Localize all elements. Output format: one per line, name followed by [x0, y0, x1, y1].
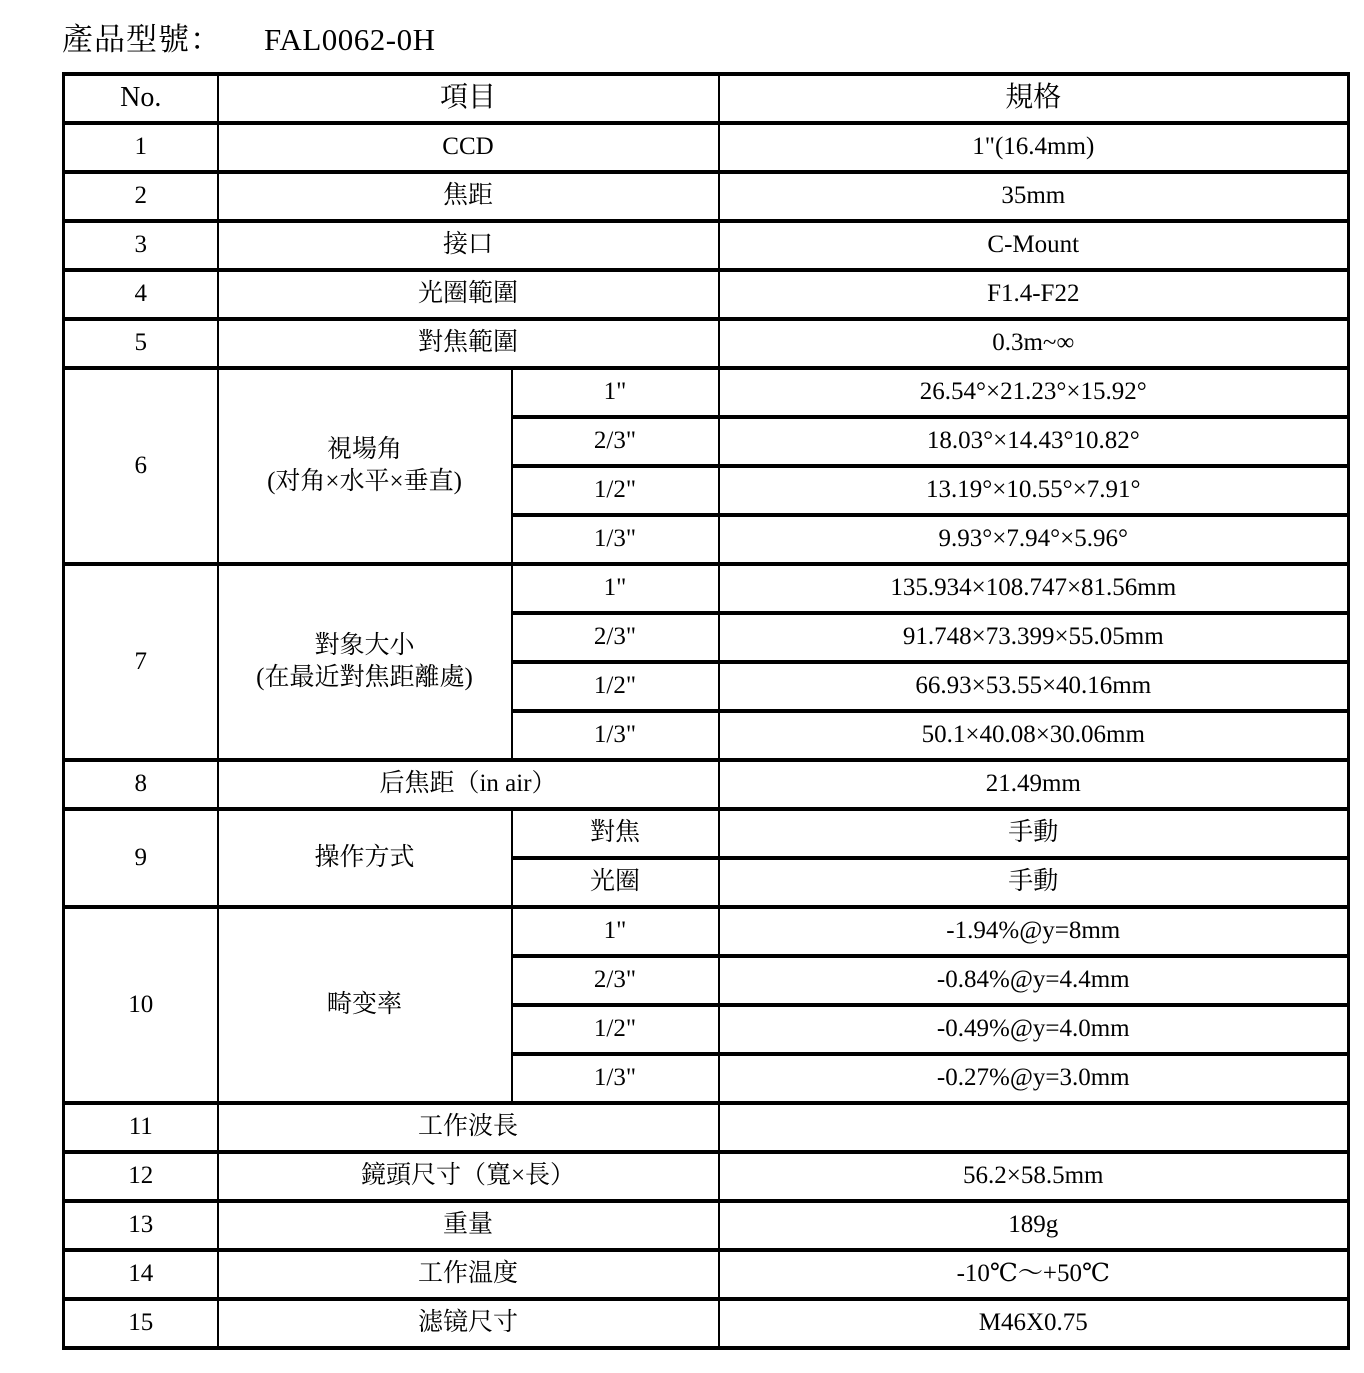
- table-row: 10畸变率1"-1.94%@y=8mm: [64, 907, 1349, 956]
- row-item: 操作方式: [218, 809, 512, 907]
- row-spec: 9.93°×7.94°×5.96°: [719, 515, 1349, 564]
- row-subitem: 1/3": [512, 711, 719, 760]
- table-row: 13重量189g: [64, 1201, 1349, 1250]
- row-subitem: 1": [512, 907, 719, 956]
- row-no: 8: [64, 760, 218, 809]
- row-spec: 1"(16.4mm): [719, 123, 1349, 172]
- table-row: 5對焦範圍0.3m~∞: [64, 319, 1349, 368]
- row-item: 滤镜尺寸: [218, 1299, 719, 1348]
- table-row: 1CCD1"(16.4mm): [64, 123, 1349, 172]
- row-subitem: 1/2": [512, 1005, 719, 1054]
- table-row: 15滤镜尺寸M46X0.75: [64, 1299, 1349, 1348]
- row-spec: 66.93×53.55×40.16mm: [719, 662, 1349, 711]
- row-spec: 21.49mm: [719, 760, 1349, 809]
- row-no: 14: [64, 1250, 218, 1299]
- table-row: 6視場角(对角×水平×垂直)1"26.54°×21.23°×15.92°: [64, 368, 1349, 417]
- table-row: 3接口C-Mount: [64, 221, 1349, 270]
- row-no: 6: [64, 368, 218, 564]
- row-spec: -10℃～+50℃: [719, 1250, 1349, 1299]
- row-subitem: 1": [512, 368, 719, 417]
- col-header-spec: 規格: [719, 74, 1349, 123]
- table-row: 8后焦距（in air）21.49mm: [64, 760, 1349, 809]
- row-item: 后焦距（in air）: [218, 760, 719, 809]
- row-no: 9: [64, 809, 218, 907]
- row-spec: -0.49%@y=4.0mm: [719, 1005, 1349, 1054]
- row-spec: 13.19°×10.55°×7.91°: [719, 466, 1349, 515]
- row-subitem: 光圈: [512, 858, 719, 907]
- row-item: 工作波長: [218, 1103, 719, 1152]
- row-item: 對焦範圍: [218, 319, 719, 368]
- row-no: 2: [64, 172, 218, 221]
- row-subitem: 2/3": [512, 417, 719, 466]
- spec-table-body: 1CCD1"(16.4mm)2焦距35mm3接口C-Mount4光圈範圍F1.4…: [64, 123, 1349, 1348]
- row-spec: 18.03°×14.43°10.82°: [719, 417, 1349, 466]
- row-subitem: 1": [512, 564, 719, 613]
- row-no: 3: [64, 221, 218, 270]
- col-header-item: 項目: [218, 74, 719, 123]
- row-spec: -1.94%@y=8mm: [719, 907, 1349, 956]
- row-no: 13: [64, 1201, 218, 1250]
- row-spec: 135.934×108.747×81.56mm: [719, 564, 1349, 613]
- row-no: 1: [64, 123, 218, 172]
- row-no: 12: [64, 1152, 218, 1201]
- row-spec: M46X0.75: [719, 1299, 1349, 1348]
- row-no: 10: [64, 907, 218, 1103]
- row-spec: -0.84%@y=4.4mm: [719, 956, 1349, 1005]
- header-row: No. 項目 規格: [64, 74, 1349, 123]
- table-row: 7對象大小(在最近對焦距離處)1"135.934×108.747×81.56mm: [64, 564, 1349, 613]
- product-model-label: 產品型號：: [62, 22, 222, 57]
- row-subitem: 2/3": [512, 956, 719, 1005]
- page: 產品型號：FAL0062-0H No. 項目 規格 1CCD1"(16.4mm)…: [0, 0, 1364, 1373]
- product-model-title: 產品型號：FAL0062-0H: [62, 14, 435, 59]
- row-no: 11: [64, 1103, 218, 1152]
- row-item: 重量: [218, 1201, 719, 1250]
- table-row: 9操作方式對焦手動: [64, 809, 1349, 858]
- row-item: 視場角(对角×水平×垂直): [218, 368, 512, 564]
- row-item: CCD: [218, 123, 719, 172]
- row-subitem: 1/2": [512, 466, 719, 515]
- row-subitem: 2/3": [512, 613, 719, 662]
- table-row: 11工作波長: [64, 1103, 1349, 1152]
- row-no: 15: [64, 1299, 218, 1348]
- row-no: 7: [64, 564, 218, 760]
- row-item: 鏡頭尺寸（寬×長）: [218, 1152, 719, 1201]
- row-subitem: 對焦: [512, 809, 719, 858]
- row-spec: 189g: [719, 1201, 1349, 1250]
- product-model-value: FAL0062-0H: [264, 22, 435, 57]
- col-header-no: No.: [64, 74, 218, 123]
- row-item: 畸变率: [218, 907, 512, 1103]
- row-spec: 91.748×73.399×55.05mm: [719, 613, 1349, 662]
- table-row: 2焦距35mm: [64, 172, 1349, 221]
- row-subitem: 1/3": [512, 1054, 719, 1103]
- row-item: 接口: [218, 221, 719, 270]
- row-item: 光圈範圍: [218, 270, 719, 319]
- row-spec: [719, 1103, 1349, 1152]
- row-spec: 50.1×40.08×30.06mm: [719, 711, 1349, 760]
- row-spec: 26.54°×21.23°×15.92°: [719, 368, 1349, 417]
- row-subitem: 1/2": [512, 662, 719, 711]
- row-spec: 手動: [719, 858, 1349, 907]
- table-row: 14工作温度-10℃～+50℃: [64, 1250, 1349, 1299]
- row-no: 5: [64, 319, 218, 368]
- row-spec: F1.4-F22: [719, 270, 1349, 319]
- spec-table: No. 項目 規格 1CCD1"(16.4mm)2焦距35mm3接口C-Moun…: [62, 72, 1350, 1350]
- row-item: 對象大小(在最近對焦距離處): [218, 564, 512, 760]
- row-spec: 手動: [719, 809, 1349, 858]
- table-row: 4光圈範圍F1.4-F22: [64, 270, 1349, 319]
- row-item: 工作温度: [218, 1250, 719, 1299]
- row-spec: 0.3m~∞: [719, 319, 1349, 368]
- row-spec: 56.2×58.5mm: [719, 1152, 1349, 1201]
- row-item: 焦距: [218, 172, 719, 221]
- row-subitem: 1/3": [512, 515, 719, 564]
- row-no: 4: [64, 270, 218, 319]
- table-row: 12鏡頭尺寸（寬×長）56.2×58.5mm: [64, 1152, 1349, 1201]
- row-spec: 35mm: [719, 172, 1349, 221]
- row-spec: C-Mount: [719, 221, 1349, 270]
- row-spec: -0.27%@y=3.0mm: [719, 1054, 1349, 1103]
